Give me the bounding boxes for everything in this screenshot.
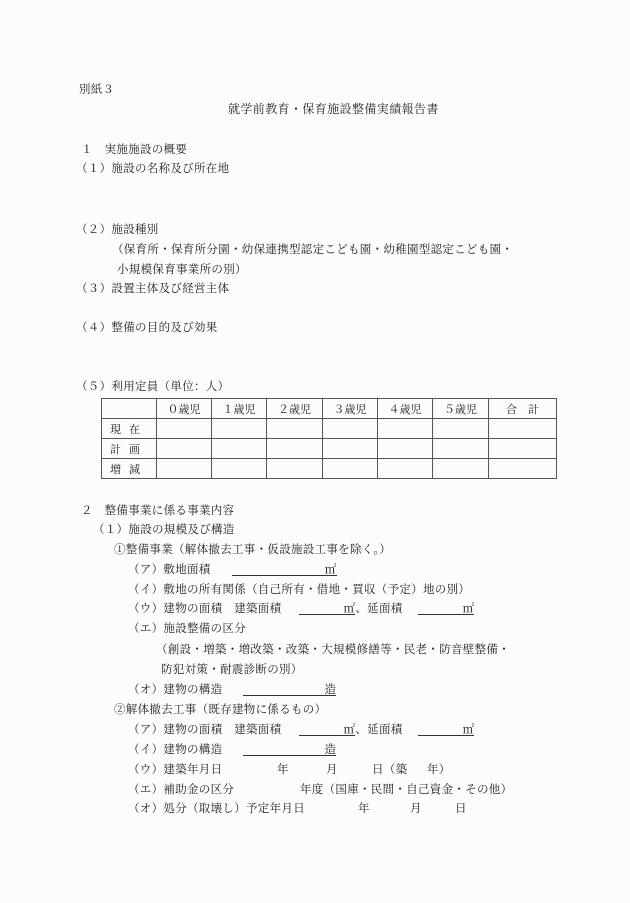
table-header-cell	[102, 399, 157, 419]
sqm-unit: ㎡	[344, 601, 356, 615]
site-area-label: （ア）敷地面積	[128, 562, 211, 576]
disposal-year-unit: 年	[358, 801, 370, 815]
demolition-total-floor-field[interactable]: ㎡	[418, 722, 474, 736]
table-cell[interactable]	[157, 439, 212, 459]
page-title: 就学前教育・保育施設整備実績報告書	[228, 102, 439, 116]
demolition-structure-label: （イ）建物の構造	[128, 742, 222, 756]
total-floor-area-field[interactable]: ㎡	[418, 601, 474, 615]
site-ownership-label: （イ）敷地の所有関係（自己所有・借地・買収（予定）地の別）	[128, 582, 470, 596]
table-cell[interactable]	[267, 419, 323, 439]
building-area-field[interactable]: ㎡	[299, 601, 355, 615]
building-structure-row: （オ）建物の構造 造	[128, 682, 336, 696]
building-area-row: （ウ）建物の面積 建築面積 ㎡、延面積 ㎡	[128, 601, 474, 615]
site-area-row: （ア）敷地面積 ㎡	[128, 562, 337, 576]
disposal-day-unit: 日	[455, 801, 467, 815]
capacity-label: （５）利用定員（単位：人）	[76, 379, 229, 393]
purpose-effect-label: （４）整備の目的及び効果	[76, 320, 218, 334]
sqm-unit: ㎡	[344, 722, 356, 736]
table-header-cell: １歳児	[212, 399, 267, 419]
capacity-table: ０歳児 １歳児 ２歳児 ３歳児 ４歳児 ５歳児 合 計 現在 計画 増減	[101, 398, 557, 479]
table-header-cell: ５歳児	[433, 399, 489, 419]
disposal-date-label: （オ）処分（取壊し）予定年月日	[128, 801, 305, 815]
table-header-cell: ２歳児	[267, 399, 323, 419]
table-cell[interactable]	[433, 419, 489, 439]
facility-type-options-line1: （保育所・保育所分園・幼保連携型認定こども園・幼稚園型認定こども園・	[112, 242, 513, 256]
site-area-field[interactable]: ㎡	[232, 562, 337, 576]
operator-label: （３）設置主体及び経営主体	[76, 281, 229, 295]
table-cell[interactable]	[267, 439, 323, 459]
table-cell[interactable]	[212, 419, 267, 439]
building-age-unit: 年）	[427, 762, 451, 776]
structure-unit: 造	[325, 682, 337, 696]
table-cell[interactable]	[212, 439, 267, 459]
table-cell[interactable]	[267, 459, 323, 479]
construction-month-unit: 月	[326, 762, 338, 776]
sqm-unit: ㎡	[325, 562, 337, 576]
scale-structure-label: （１）施設の規模及び構造	[93, 522, 235, 536]
table-header-row: ０歳児 １歳児 ２歳児 ３歳児 ４歳児 ５歳児 合 計	[102, 399, 557, 419]
demolition-structure-field[interactable]: 造	[243, 742, 336, 756]
table-cell[interactable]	[433, 439, 489, 459]
demolition-building-area-field[interactable]: ㎡	[299, 722, 355, 736]
table-cell[interactable]	[378, 459, 433, 479]
table-row: 計画	[102, 439, 557, 459]
part2-heading: ②解体撤去工事（既存建物に係るもの）	[114, 702, 326, 716]
facility-type-options-line2: 小規模保育事業所の別）	[117, 262, 247, 276]
total-floor-area-label: 、延面積	[355, 601, 402, 615]
table-cell[interactable]	[489, 419, 557, 439]
table-row: 現在	[102, 419, 557, 439]
building-structure-label: （オ）建物の構造	[128, 682, 222, 696]
subsidy-category-options: 年度（国庫・民間・自己資金・その他）	[300, 782, 512, 796]
table-header-cell: ４歳児	[378, 399, 433, 419]
sqm-unit: ㎡	[463, 722, 475, 736]
row-label-current: 現在	[102, 419, 157, 439]
table-cell[interactable]	[157, 419, 212, 439]
demolition-area-label: （ア）建物の面積 建築面積	[128, 722, 281, 736]
attachment-label: 別紙３	[79, 82, 114, 96]
part1-heading: ①整備事業（解体撤去工事・仮設施設工事を除く。）	[114, 542, 391, 556]
table-cell[interactable]	[323, 439, 378, 459]
facility-work-category-label: （エ）施設整備の区分	[128, 621, 246, 635]
table-cell[interactable]	[212, 459, 267, 479]
sqm-unit: ㎡	[463, 601, 475, 615]
subsidy-category-label: （エ）補助金の区分	[128, 782, 234, 796]
work-category-options-line1: （創設・増築・増改築・改築・大規模修繕等・民老・防音壁整備・	[156, 642, 510, 656]
facility-type-label: （２）施設種別	[76, 222, 159, 236]
disposal-month-unit: 月	[410, 801, 422, 815]
row-label-plan: 計画	[102, 439, 157, 459]
construction-date-label: （ウ）建築年月日	[128, 762, 222, 776]
building-structure-field[interactable]: 造	[243, 682, 336, 696]
table-cell[interactable]	[157, 459, 212, 479]
construction-day-unit: 日（築	[372, 762, 407, 776]
demolition-structure-row: （イ）建物の構造 造	[128, 742, 336, 756]
table-header-cell: 合 計	[489, 399, 557, 419]
table-cell[interactable]	[378, 439, 433, 459]
section2-heading: ２ 整備事業に係る事業内容	[81, 503, 234, 517]
table-cell[interactable]	[323, 419, 378, 439]
table-cell[interactable]	[489, 459, 557, 479]
table-cell[interactable]	[378, 419, 433, 439]
work-category-options-line2: 防犯対策・耐震診断の別）	[161, 662, 303, 676]
table-cell[interactable]	[323, 459, 378, 479]
facility-name-location-label: （１）施設の名称及び所在地	[76, 161, 229, 175]
demolition-total-floor-label: 、延面積	[355, 722, 402, 736]
table-cell[interactable]	[489, 439, 557, 459]
building-area-label: （ウ）建物の面積 建築面積	[128, 601, 281, 615]
section1-heading: １ 実施施設の概要	[81, 142, 187, 156]
row-label-change: 増減	[102, 459, 157, 479]
table-header-cell: ３歳児	[323, 399, 378, 419]
table-header-cell: ０歳児	[157, 399, 212, 419]
demolition-area-row: （ア）建物の面積 建築面積 ㎡、延面積 ㎡	[128, 722, 474, 736]
structure-unit: 造	[325, 742, 337, 756]
construction-year-unit: 年	[277, 762, 289, 776]
table-row: 増減	[102, 459, 557, 479]
table-cell[interactable]	[433, 459, 489, 479]
